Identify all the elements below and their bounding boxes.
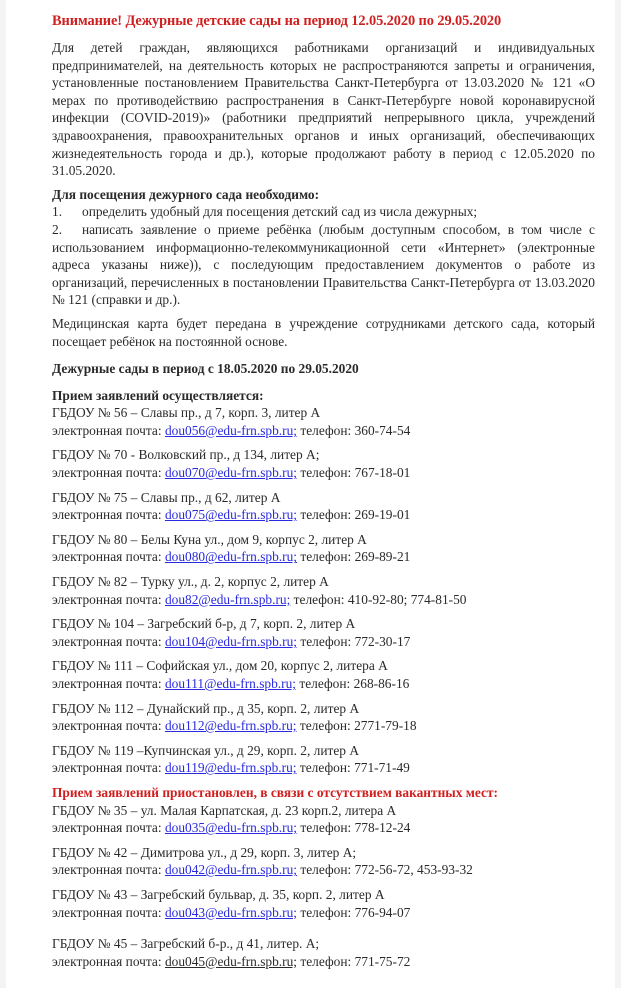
contact-line: электронная почта: dou056@edu-frn.spb.ru… <box>52 422 595 440</box>
kindergarten-address: ГБДОУ № 75 – Славы пр., д 62, литер А <box>52 489 595 507</box>
kindergarten-address: ГБДОУ № 42 – Димитрова ул., д 29, корп. … <box>52 844 595 862</box>
email-label: электронная почта: <box>52 423 165 438</box>
contact-line: электронная почта: dou112@edu-frn.spb.ru… <box>52 717 595 735</box>
kindergarten-entry: ГБДОУ № 43 – Загребский бульвар, д. 35, … <box>52 886 595 921</box>
phone-text: телефон: 269-89-21 <box>297 549 410 564</box>
kindergarten-address: ГБДОУ № 70 - Волковский пр., д 134, лите… <box>52 446 595 464</box>
email-label: электронная почта: <box>52 820 165 835</box>
email-label: электронная почта: <box>52 954 165 969</box>
requirement-item: 1.определить удобный для посещения детск… <box>52 203 595 221</box>
phone-text: телефон: 767-18-01 <box>297 465 410 480</box>
contact-line: электронная почта: dou042@edu-frn.spb.ru… <box>52 861 595 879</box>
phone-text: телефон: 771-71-49 <box>297 760 410 775</box>
requirement-number: 2. <box>52 221 82 239</box>
email-link[interactable]: dou035@edu-frn.spb.ru; <box>165 820 297 835</box>
email-link[interactable]: dou080@edu-frn.spb.ru; <box>165 549 297 564</box>
contact-line: электронная почта: dou045@edu-frn.spb.ru… <box>52 953 595 971</box>
kindergarten-entry: ГБДОУ № 82 – Турку ул., д. 2, корпус 2, … <box>52 573 595 608</box>
email-label: электронная почта: <box>52 592 165 607</box>
email-link[interactable]: dou075@edu-frn.spb.ru; <box>165 507 297 522</box>
kindergarten-address: ГБДОУ № 104 – Загребский б-р, д 7, корп.… <box>52 615 595 633</box>
kindergarten-entry: ГБДОУ № 119 –Купчинская ул., д 29, корп.… <box>52 742 595 777</box>
contact-line: электронная почта: dou080@edu-frn.spb.ru… <box>52 548 595 566</box>
email-link[interactable]: dou070@edu-frn.spb.ru; <box>165 465 297 480</box>
contact-line: электронная почта: dou035@edu-frn.spb.ru… <box>52 819 595 837</box>
kindergarten-entry: ГБДОУ № 104 – Загребский б-р, д 7, корп.… <box>52 615 595 650</box>
kindergarten-address: ГБДОУ № 111 – Софийская ул., дом 20, кор… <box>52 657 595 675</box>
contact-line: электронная почта: dou111@edu-frn.spb.ru… <box>52 675 595 693</box>
kindergarten-entry: ГБДОУ № 70 - Волковский пр., д 134, лите… <box>52 446 595 481</box>
phone-text: телефон: 778-12-24 <box>297 820 410 835</box>
phone-text: телефон: 268-86-16 <box>296 676 409 691</box>
kindergarten-address: ГБДОУ № 35 – ул. Малая Карпатская, д. 23… <box>52 802 595 820</box>
kindergarten-entry: ГБДОУ № 45 – Загребский б-р., д 41, лите… <box>52 935 595 970</box>
email-link[interactable]: dou056@edu-frn.spb.ru; <box>165 423 297 438</box>
email-label: электронная почта: <box>52 676 165 691</box>
contact-line: электронная почта: dou104@edu-frn.spb.ru… <box>52 633 595 651</box>
requirement-text: написать заявление о приеме ребёнка (люб… <box>52 222 595 307</box>
kindergarten-address: ГБДОУ № 56 – Славы пр., д 7, корп. 3, ли… <box>52 404 595 422</box>
open-section-heading: Прием заявлений осуществляется: <box>52 387 595 405</box>
requirements-list: 1.определить удобный для посещения детск… <box>52 203 595 309</box>
phone-text: телефон: 776-94-07 <box>297 905 410 920</box>
kindergarten-address: ГБДОУ № 112 – Дунайский пр., д 35, корп.… <box>52 700 595 718</box>
requirement-text: определить удобный для посещения детский… <box>82 204 477 219</box>
email-label: электронная почта: <box>52 634 165 649</box>
contact-line: электронная почта: dou119@edu-frn.spb.ru… <box>52 759 595 777</box>
kindergarten-entry: ГБДОУ № 75 – Славы пр., д 62, литер Аэле… <box>52 489 595 524</box>
email-link[interactable]: dou119@edu-frn.spb.ru; <box>165 760 297 775</box>
contact-line: электронная почта: dou075@edu-frn.spb.ru… <box>52 506 595 524</box>
email-label: электронная почта: <box>52 862 165 877</box>
email-link[interactable]: dou042@edu-frn.spb.ru; <box>165 862 297 877</box>
email-label: электронная почта: <box>52 549 165 564</box>
kindergarten-address: ГБДОУ № 119 –Купчинская ул., д 29, корп.… <box>52 742 595 760</box>
email-link[interactable]: dou043@edu-frn.spb.ru; <box>165 905 297 920</box>
phone-text: телефон: 410-92-80; 774-81-50 <box>290 592 466 607</box>
contact-line: электронная почта: dou043@edu-frn.spb.ru… <box>52 904 595 922</box>
period-heading: Дежурные сады в период с 18.05.2020 по 2… <box>52 360 595 378</box>
kindergarten-entry: ГБДОУ № 35 – ул. Малая Карпатская, д. 23… <box>52 802 595 837</box>
kindergarten-address: ГБДОУ № 45 – Загребский б-р., д 41, лите… <box>52 935 595 953</box>
phone-text: телефон: 269-19-01 <box>297 507 410 522</box>
email-link[interactable]: dou104@edu-frn.spb.ru; <box>165 634 297 649</box>
email-link[interactable]: dou111@edu-frn.spb.ru; <box>165 676 296 691</box>
kindergarten-entry: ГБДОУ № 111 – Софийская ул., дом 20, кор… <box>52 657 595 692</box>
requirement-number: 1. <box>52 203 82 221</box>
email-label: электронная почта: <box>52 905 165 920</box>
requirements-heading: Для посещения дежурного сада необходимо: <box>52 186 595 204</box>
phone-text: телефон: 360-74-54 <box>297 423 410 438</box>
phone-text: телефон: 772-56-72, 453-93-32 <box>297 862 473 877</box>
kindergarten-entry: ГБДОУ № 80 – Белы Куна ул., дом 9, корпу… <box>52 531 595 566</box>
open-kindergarten-list: ГБДОУ № 56 – Славы пр., д 7, корп. 3, ли… <box>52 404 595 777</box>
email-link[interactable]: dou112@edu-frn.spb.ru; <box>165 718 297 733</box>
email-label: электронная почта: <box>52 718 165 733</box>
kindergarten-entry: ГБДОУ № 112 – Дунайский пр., д 35, корп.… <box>52 700 595 735</box>
document-title: Внимание! Дежурные детские сады на перио… <box>52 12 595 30</box>
intro-paragraph: Для детей граждан, являющихся работникам… <box>52 39 595 180</box>
medical-note: Медицинская карта будет передана в учреж… <box>52 315 595 350</box>
kindergarten-entry: ГБДОУ № 56 – Славы пр., д 7, корп. 3, ли… <box>52 404 595 439</box>
document-page: Внимание! Дежурные детские сады на перио… <box>6 0 615 988</box>
email-label: электронная почта: <box>52 760 165 775</box>
phone-text: телефон: 771-75-72 <box>297 954 410 969</box>
contact-line: электронная почта: dou82@edu-frn.spb.ru;… <box>52 591 595 609</box>
kindergarten-address: ГБДОУ № 43 – Загребский бульвар, д. 35, … <box>52 886 595 904</box>
email-link[interactable]: dou82@edu-frn.spb.ru; <box>165 592 290 607</box>
kindergarten-address: ГБДОУ № 82 – Турку ул., д. 2, корпус 2, … <box>52 573 595 591</box>
email-label: электронная почта: <box>52 507 165 522</box>
closed-kindergarten-list: ГБДОУ № 35 – ул. Малая Карпатская, д. 23… <box>52 802 595 971</box>
kindergarten-entry: ГБДОУ № 42 – Димитрова ул., д 29, корп. … <box>52 844 595 879</box>
requirement-item: 2.написать заявление о приеме ребёнка (л… <box>52 221 595 309</box>
closed-section-heading: Прием заявлений приостановлен, в связи с… <box>52 784 595 802</box>
phone-text: телефон: 772-30-17 <box>297 634 410 649</box>
phone-text: телефон: 2771-79-18 <box>297 718 417 733</box>
contact-line: электронная почта: dou070@edu-frn.spb.ru… <box>52 464 595 482</box>
email-link[interactable]: dou045@edu-frn.spb.ru; <box>165 954 297 969</box>
kindergarten-address: ГБДОУ № 80 – Белы Куна ул., дом 9, корпу… <box>52 531 595 549</box>
email-label: электронная почта: <box>52 465 165 480</box>
